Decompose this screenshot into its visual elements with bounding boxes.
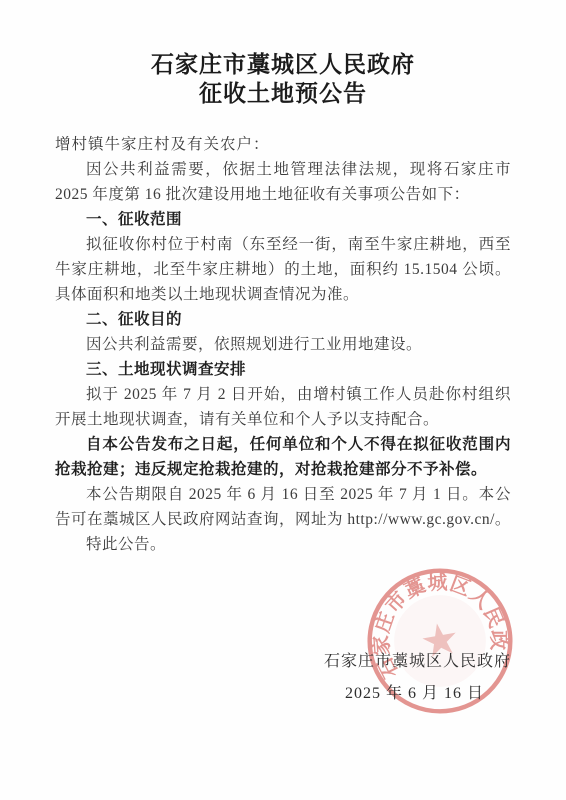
signature-block: 石家庄市藁城区人民政府 2025 年 6 月 16 日 — [55, 649, 511, 706]
section-heading-3: 三、土地现状调查安排 — [55, 357, 511, 382]
section-heading-1: 一、征收范围 — [55, 207, 511, 232]
doc-title-line-2: 征收土地预公告 — [199, 81, 367, 106]
doc-title: 石家庄市藁城区人民政府 征收土地预公告 — [55, 50, 511, 108]
announcement-page: 石家庄市藁城区人民政府 征收土地预公告 增村镇牛家庄村及有关农户： 因公共利益需… — [0, 0, 566, 800]
paragraph-scope: 拟征收你村位于村南（东至经一街，南至牛家庄耕地，西至牛家庄耕地，北至牛家庄耕地）… — [55, 232, 511, 307]
paragraph-intro: 因公共利益需要，依据土地管理法律法规，现将石家庄市 2025 年度第 16 批次… — [55, 157, 511, 207]
signature-issuer: 石家庄市藁城区人民政府 — [55, 649, 511, 674]
paragraph-purpose: 因公共利益需要，依照规划进行工业用地建设。 — [55, 332, 511, 357]
paragraph-closing: 特此公告。 — [55, 532, 511, 557]
signature-date: 2025 年 6 月 16 日 — [55, 681, 484, 706]
paragraph-period: 本公告期限自 2025 年 6 月 16 日至 2025 年 7 月 1 日。本… — [55, 482, 511, 532]
paragraph-survey: 拟于 2025 年 7 月 2 日开始，由增村镇工作人员赴你村组织开展土地现状调… — [55, 382, 511, 432]
doc-body: 增村镇牛家庄村及有关农户： 因公共利益需要，依据土地管理法律法规，现将石家庄市 … — [55, 132, 511, 557]
section-heading-2: 二、征收目的 — [55, 307, 511, 332]
salutation: 增村镇牛家庄村及有关农户： — [55, 132, 511, 157]
doc-title-line-1: 石家庄市藁城区人民政府 — [151, 52, 415, 77]
paragraph-warning: 自本公告发布之日起，任何单位和个人不得在拟征收范围内抢栽抢建；违反规定抢栽抢建的… — [55, 432, 511, 482]
